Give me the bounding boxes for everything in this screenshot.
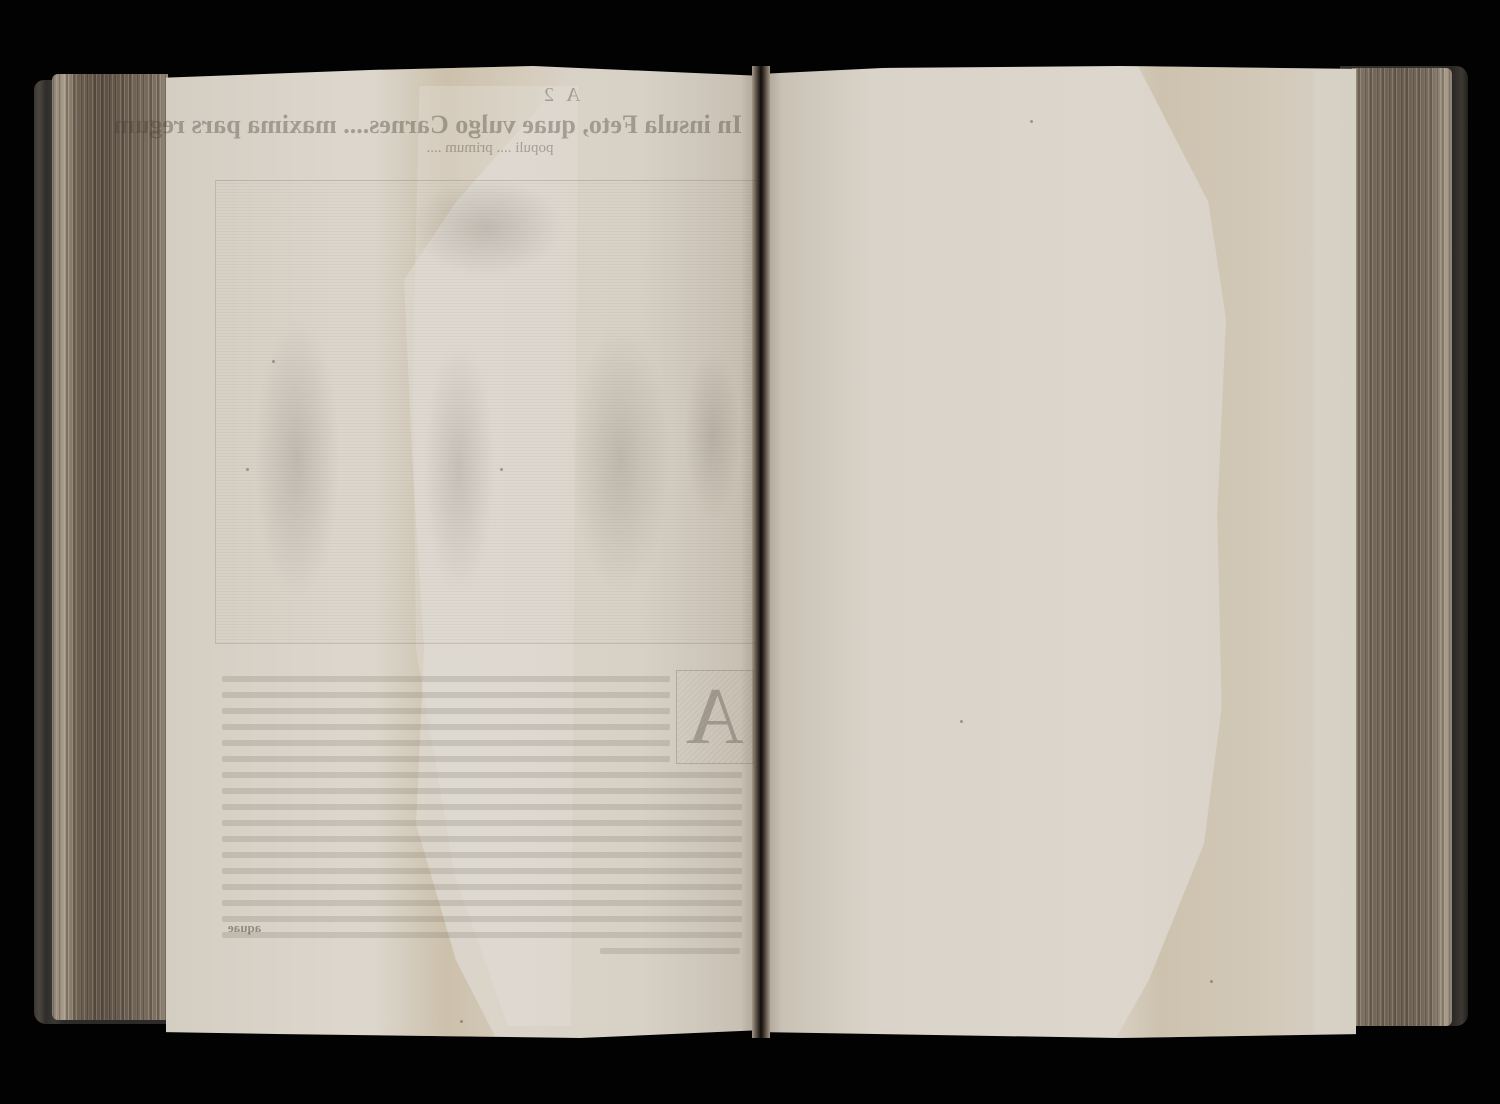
foxing-speck <box>460 1020 463 1023</box>
water-stain-right <box>1094 66 1314 1038</box>
foxing-speck <box>1210 980 1213 983</box>
show-through-heading: In insula Feto, quae vulgo Carnes.... ma… <box>222 110 742 140</box>
foxing-speck <box>246 468 249 471</box>
show-through-engraving <box>215 180 757 644</box>
foxing-speck <box>1030 120 1033 123</box>
signature-mark: A 2 <box>540 84 580 107</box>
left-page-block-edge <box>52 74 168 1020</box>
right-page <box>764 66 1356 1038</box>
foxing-speck <box>500 468 503 471</box>
right-page-block-edge <box>1352 68 1452 1026</box>
decorated-initial: A <box>676 670 754 764</box>
foxing-speck <box>272 360 275 363</box>
show-through-footer-word: aquae <box>228 920 261 936</box>
show-through-subheading: populi .... primum .... <box>290 140 690 157</box>
photo-background: A 2 In insula Feto, quae vulgo Carnes...… <box>0 0 1500 1104</box>
foxing-speck <box>960 720 963 723</box>
